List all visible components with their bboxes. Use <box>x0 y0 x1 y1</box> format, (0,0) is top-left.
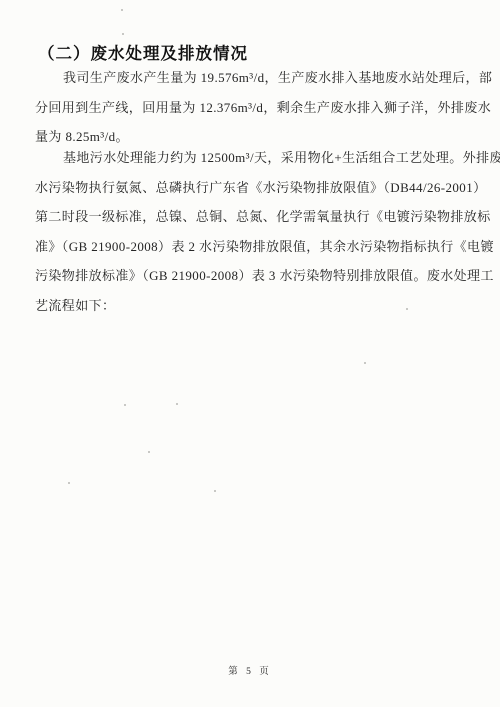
document-page: （二）废水处理及排放情况 我司生产废水产生量为 19.576m³/d，生产废水排… <box>0 0 500 707</box>
scan-speck <box>124 404 126 406</box>
paragraph-line: 分回用到生产线，回用量为 12.376m³/d，剩余生产废水排入狮子洋，外排废水 <box>35 93 467 123</box>
scan-speck <box>148 451 150 453</box>
scan-speck <box>121 9 123 11</box>
scan-speck <box>176 403 178 405</box>
page-number: 第 5 页 <box>0 663 500 677</box>
paragraph-line: 我司生产废水产生量为 19.576m³/d，生产废水排入基地废水站处理后，部 <box>35 63 467 93</box>
paragraph-line: 准》（GB 21900-2008）表 2 水污染物排放限值，其余水污染物指标执行… <box>35 232 467 262</box>
paragraph-line: 水污染物执行氨氮、总磷执行广东省《水污染物排放限值》（DB44/26-2001） <box>35 173 467 203</box>
scan-speck <box>214 490 216 492</box>
section-heading: （二）废水处理及排放情况 <box>38 40 248 64</box>
paragraph-treatment-standards: 基地污水处理能力约为 12500m³/天，采用物化+生活组合工艺处理。外排废 水… <box>35 143 467 320</box>
paragraph-line: 基地污水处理能力约为 12500m³/天，采用物化+生活组合工艺处理。外排废 <box>35 143 467 173</box>
scan-speck <box>364 362 366 364</box>
scan-speck <box>68 482 70 484</box>
paragraph-line: 第二时段一级标准，总镍、总铜、总氮、化学需氧量执行《电镀污染物排放标 <box>35 202 467 232</box>
paragraph-line: 污染物排放标准》（GB 21900-2008）表 3 水污染物特别排放限值。废水… <box>35 261 467 291</box>
paragraph-wastewater-volume: 我司生产废水产生量为 19.576m³/d，生产废水排入基地废水站处理后，部 分… <box>35 63 467 152</box>
scan-speck <box>122 33 124 35</box>
paragraph-line: 艺流程如下： <box>35 291 467 321</box>
scan-speck <box>406 308 408 310</box>
